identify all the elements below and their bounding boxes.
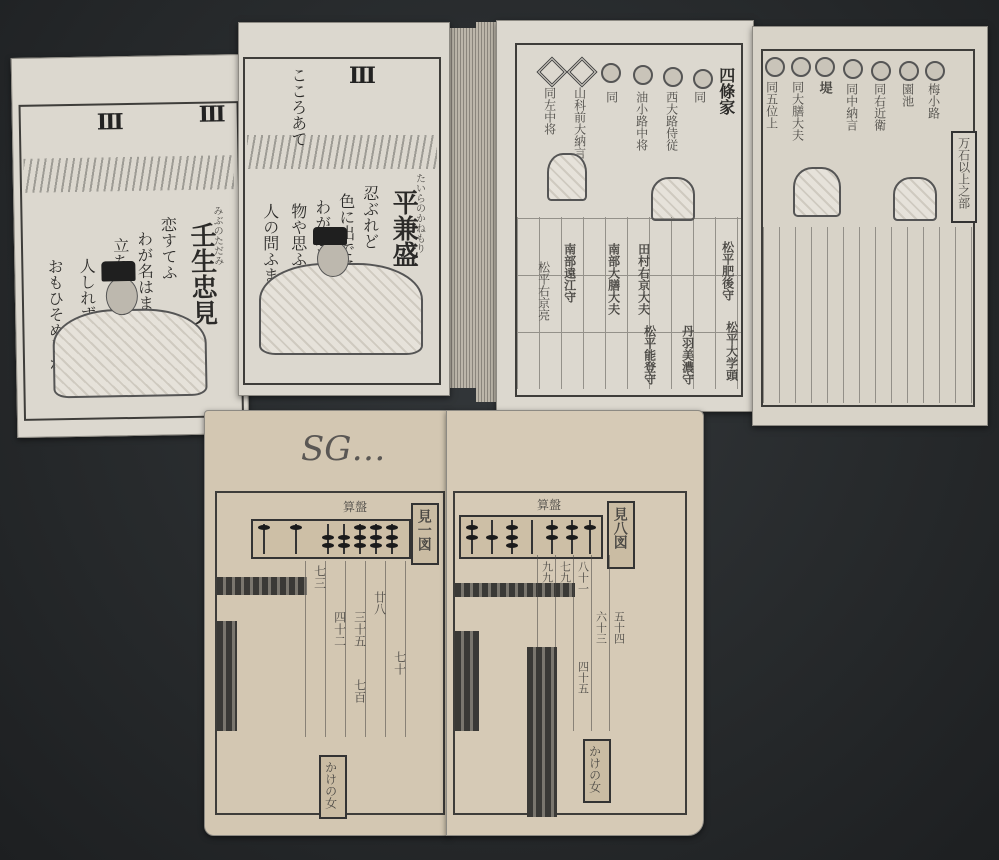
table-number: 四十五 — [577, 661, 589, 694]
register-entry: 堤 — [817, 81, 831, 94]
poet-name: 平兼盛 — [389, 189, 416, 267]
poem-number-mark-upper: III — [198, 101, 223, 127]
family-crest-icon — [871, 61, 891, 81]
abacus-bead — [506, 543, 518, 548]
register-entry: 油小路中将 — [635, 91, 648, 151]
register-entry: 同五位上 — [765, 81, 778, 129]
poem-upper-text: こころあて — [289, 67, 306, 147]
table-number: 七三 — [313, 565, 326, 589]
abacus-illustration — [459, 515, 603, 559]
lord-entry: 松平能登守 — [643, 325, 656, 385]
family-crest-icon — [633, 65, 653, 85]
chapter-title: 見一図 — [416, 509, 431, 551]
poetry-left-page: III III みぶのただみ 壬生忠見 恋すてふ わが名はまだき 立ちにけり 人… — [11, 54, 250, 438]
abacus-bead — [466, 535, 478, 540]
family-crest-icon — [815, 57, 835, 77]
abacus-bead — [584, 525, 596, 530]
register-entry: 梅小路 — [927, 83, 940, 119]
abacus-bead — [546, 525, 558, 530]
abacus-bead — [466, 525, 478, 530]
lord-entry: 松平肥後守 — [721, 241, 734, 301]
section-label-box: 万石以上之部 — [951, 131, 977, 223]
register-entry: 同左中将 — [543, 87, 556, 135]
table-number: 七十 — [393, 651, 406, 675]
abacus-bead — [322, 543, 334, 548]
table-number: 五十四 — [613, 611, 625, 644]
register-text-grid — [763, 227, 973, 403]
landscape-illustration — [247, 135, 437, 169]
abacus-bead — [354, 535, 366, 540]
abacus-bead — [338, 535, 350, 540]
family-crest-icon — [899, 61, 919, 81]
poem-number-mark: III — [349, 63, 374, 89]
footer-label: かけの女 — [324, 761, 337, 809]
lord-entry: 田村右京大夫 — [637, 243, 650, 315]
abacus-left-page: SG… 算盤 見一図 — [204, 410, 450, 836]
abacus-bead — [322, 535, 334, 540]
table-number: 廿八 — [373, 591, 386, 615]
vertical-column-band — [527, 647, 557, 817]
abacus-right-page: 算盤 見八図 九九 七九 八十一 六十三 — [446, 410, 704, 836]
landscape-illustration — [23, 155, 234, 193]
abacus-bead — [338, 543, 350, 548]
table-number: 七百 — [353, 679, 366, 703]
lord-entry: 南部遠江守 — [563, 243, 576, 303]
poetry-book: III III みぶのただみ 壬生忠見 恋すてふ わが名はまだき 立ちにけり 人… — [10, 18, 490, 428]
samurai-figure-illustration — [793, 167, 841, 217]
lord-entry: 松平右京亮 — [537, 261, 550, 321]
footer-label-box: かけの女 — [319, 755, 347, 819]
register-entry: 同右近衛 — [873, 83, 886, 131]
abacus-bead — [370, 543, 382, 548]
abacus-bead — [386, 525, 398, 530]
abacus-bead — [354, 543, 366, 548]
samurai-figure-illustration — [651, 177, 695, 221]
register-entry: 同 — [693, 91, 706, 103]
family-crest-icon — [663, 67, 683, 87]
abacus-bead — [354, 525, 366, 530]
family-crest-icon — [843, 59, 863, 79]
heraldry-register-book: 四條家 同 西大路侍従 油小路中将 同 山科前大納言 同左中将 松平肥後守 田村… — [470, 12, 995, 440]
register-entry: 同 — [605, 91, 618, 103]
abacus-bead — [566, 535, 578, 540]
table-number: 三十五 — [353, 611, 366, 647]
abacus-illustration — [251, 519, 411, 559]
samurai-figure-illustration — [893, 177, 937, 221]
footer-label-box: かけの女 — [583, 739, 611, 803]
register-right-page: 同五位上 同大膳大夫 堤 同中納言 同右近衛 園池 梅小路 万石以上之部 — [752, 26, 988, 426]
register-entry: 園池 — [901, 83, 914, 107]
abacus-bead — [370, 525, 382, 530]
family-header: 四條家 — [717, 67, 734, 115]
table-number: 九九 — [541, 561, 553, 583]
court-hat — [313, 227, 347, 245]
poet-name: 壬生忠見 — [187, 222, 216, 326]
abacus-label: 算盤 — [537, 499, 561, 512]
family-crest-icon — [601, 63, 621, 83]
abacus-arithmetic-book: SG… 算盤 見一図 — [200, 404, 710, 846]
lord-entry: 南部大膳大夫 — [607, 243, 620, 315]
chapter-title: 見八図 — [612, 507, 627, 549]
poet-figure-illustration — [259, 263, 423, 355]
table-number: 四十二 — [333, 611, 346, 647]
vertical-column-band — [217, 621, 237, 731]
abacus-bead — [506, 535, 518, 540]
table-number: 七九 — [559, 561, 571, 583]
vertical-column-band — [455, 631, 479, 731]
register-entry: 同中納言 — [845, 83, 858, 131]
abacus-bead — [546, 535, 558, 540]
table-number: 八十一 — [577, 561, 589, 594]
abacus-bead — [290, 525, 302, 530]
chapter-title-box: 見一図 — [411, 503, 439, 565]
abacus-rod — [531, 520, 533, 554]
table-number: 六十三 — [595, 611, 607, 644]
samurai-figure-illustration — [547, 153, 587, 201]
family-crest-icon — [925, 61, 945, 81]
table-header-band — [217, 577, 307, 595]
family-crest-icon — [693, 69, 713, 89]
poet-face — [317, 241, 349, 277]
register-entry: 山科前大納言 — [573, 87, 586, 159]
poem-number-mark: III — [97, 109, 122, 135]
abacus-bead — [258, 525, 270, 530]
flyleaf-signature: SG… — [301, 429, 385, 469]
abacus-bead — [566, 525, 578, 530]
heraldry-weapon-grid — [517, 217, 741, 389]
register-entry: 同大膳大夫 — [791, 81, 804, 141]
court-hat — [101, 261, 135, 282]
register-entry: 西大路侍従 — [665, 91, 678, 151]
family-crest-icon — [791, 57, 811, 77]
abacus-bead — [386, 543, 398, 548]
footer-label: かけの女 — [588, 745, 601, 793]
abacus-bead — [386, 535, 398, 540]
family-crest-icon — [765, 57, 785, 77]
poem-line: 忍ぶれど — [361, 185, 378, 249]
abacus-label: 算盤 — [343, 501, 367, 514]
abacus-bead — [486, 535, 498, 540]
abacus-bead — [370, 535, 382, 540]
section-label: 万石以上之部 — [957, 137, 970, 209]
abacus-bead — [506, 525, 518, 530]
register-left-page: 四條家 同 西大路侍従 油小路中将 同 山科前大納言 同左中将 松平肥後守 田村… — [496, 20, 754, 412]
poem-line: 恋すてふ — [158, 216, 176, 280]
poetry-right-page: III こころあて たいらのかねもり 平兼盛 忍ぶれど 色に出でにけり わが恋は… — [238, 22, 450, 396]
poet-figure-illustration — [52, 308, 208, 399]
lord-entry: 丹羽美濃守 — [681, 325, 694, 385]
lord-entry: 松平大学頭 — [725, 321, 738, 381]
